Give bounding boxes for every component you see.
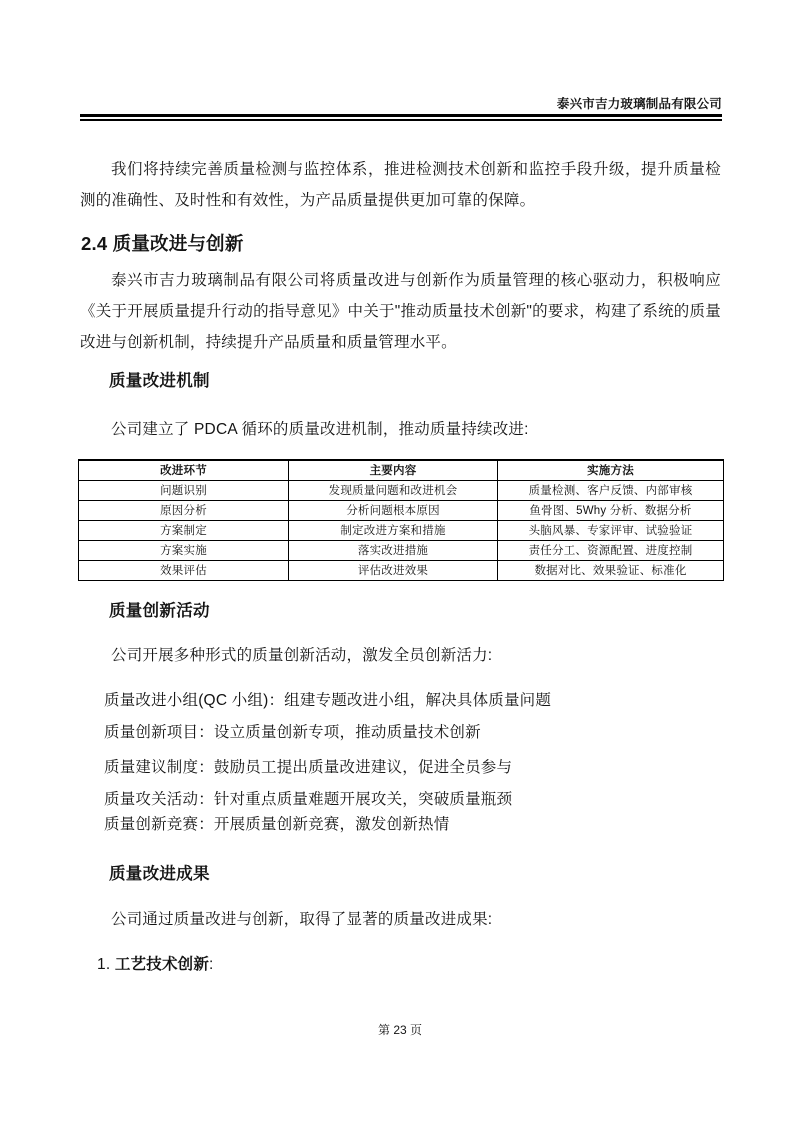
numbered-item-title: 工艺技术创新 xyxy=(115,956,209,973)
table-cell: 制定改进方案和措施 xyxy=(289,521,498,541)
table-cell: 方案制定 xyxy=(79,521,289,541)
pdca-improvement-table: 改进环节 主要内容 实施方法 问题识别 发现质量问题和改进机会 质量检测、客户反… xyxy=(78,459,724,581)
numbered-item-prefix: 1. xyxy=(97,956,115,973)
table-cell: 数据对比、效果验证、标准化 xyxy=(498,561,724,581)
list-item: 质量改进小组(QC 小组)：组建专题改进小组，解决具体质量问题 xyxy=(104,685,722,716)
subheading-improvement-mechanism: 质量改进机制 xyxy=(109,370,210,392)
table-row: 效果评估 评估改进效果 数据对比、效果验证、标准化 xyxy=(79,561,724,581)
table-row: 方案实施 落实改进措施 责任分工、资源配置、进度控制 xyxy=(79,541,724,561)
numbered-item: 1. 工艺技术创新: xyxy=(97,949,214,980)
table-header-row: 改进环节 主要内容 实施方法 xyxy=(79,460,724,481)
table-header-cell: 实施方法 xyxy=(498,460,724,481)
subheading-improvement-results: 质量改进成果 xyxy=(109,863,210,885)
footer-page-number: 第 23 页 xyxy=(0,1023,800,1038)
page-header: 泰兴市吉力玻璃制品有限公司 xyxy=(80,97,722,121)
table-cell: 评估改进效果 xyxy=(289,561,498,581)
table-cell: 问题识别 xyxy=(79,481,289,501)
document-page: 泰兴市吉力玻璃制品有限公司 我们将持续完善质量检测与监控体系，推进检测技术创新和… xyxy=(0,0,800,1131)
table-cell: 分析问题根本原因 xyxy=(289,501,498,521)
intro-paragraph: 我们将持续完善质量检测与监控体系，推进检测技术创新和监控手段升级，提升质量检测的… xyxy=(80,154,721,216)
table-row: 原因分析 分析问题根本原因 鱼骨图、5Why 分析、数据分析 xyxy=(79,501,724,521)
list-item: 质量创新项目：设立质量创新专项，推动质量技术创新 xyxy=(104,717,722,748)
activities-paragraph: 公司开展多种形式的质量创新活动，激发全员创新活力: xyxy=(80,640,721,671)
table-cell: 方案实施 xyxy=(79,541,289,561)
list-item: 质量建议制度：鼓励员工提出质量改进建议，促进全员参与 xyxy=(104,752,722,783)
subheading-innovation-activities: 质量创新活动 xyxy=(109,600,210,622)
table-header-cell: 改进环节 xyxy=(79,460,289,481)
list-item: 质量创新竞赛：开展质量创新竞赛，激发创新热情 xyxy=(104,809,722,840)
table-cell: 鱼骨图、5Why 分析、数据分析 xyxy=(498,501,724,521)
mechanism-paragraph: 公司建立了 PDCA 循环的质量改进机制，推动质量持续改进: xyxy=(80,414,721,445)
numbered-item-suffix: : xyxy=(209,956,214,973)
table-cell: 责任分工、资源配置、进度控制 xyxy=(498,541,724,561)
header-company-name: 泰兴市吉力玻璃制品有限公司 xyxy=(80,97,722,112)
activities-list: 质量改进小组(QC 小组)：组建专题改进小组，解决具体质量问题 质量创新项目：设… xyxy=(104,685,722,841)
table-header-cell: 主要内容 xyxy=(289,460,498,481)
section-lead-paragraph: 泰兴市吉力玻璃制品有限公司将质量改进与创新作为质量管理的核心驱动力，积极响应《关… xyxy=(80,265,721,358)
section-heading: 2.4 质量改进与创新 xyxy=(81,232,244,256)
table-cell: 效果评估 xyxy=(79,561,289,581)
table-cell: 落实改进措施 xyxy=(289,541,498,561)
table-cell: 质量检测、客户反馈、内部审核 xyxy=(498,481,724,501)
table-cell: 头脑风暴、专家评审、试验验证 xyxy=(498,521,724,541)
table-cell: 原因分析 xyxy=(79,501,289,521)
table-cell: 发现质量问题和改进机会 xyxy=(289,481,498,501)
header-rule xyxy=(80,114,722,121)
table-row: 问题识别 发现质量问题和改进机会 质量检测、客户反馈、内部审核 xyxy=(79,481,724,501)
table-row: 方案制定 制定改进方案和措施 头脑风暴、专家评审、试验验证 xyxy=(79,521,724,541)
results-paragraph: 公司通过质量改进与创新，取得了显著的质量改进成果: xyxy=(80,904,721,935)
